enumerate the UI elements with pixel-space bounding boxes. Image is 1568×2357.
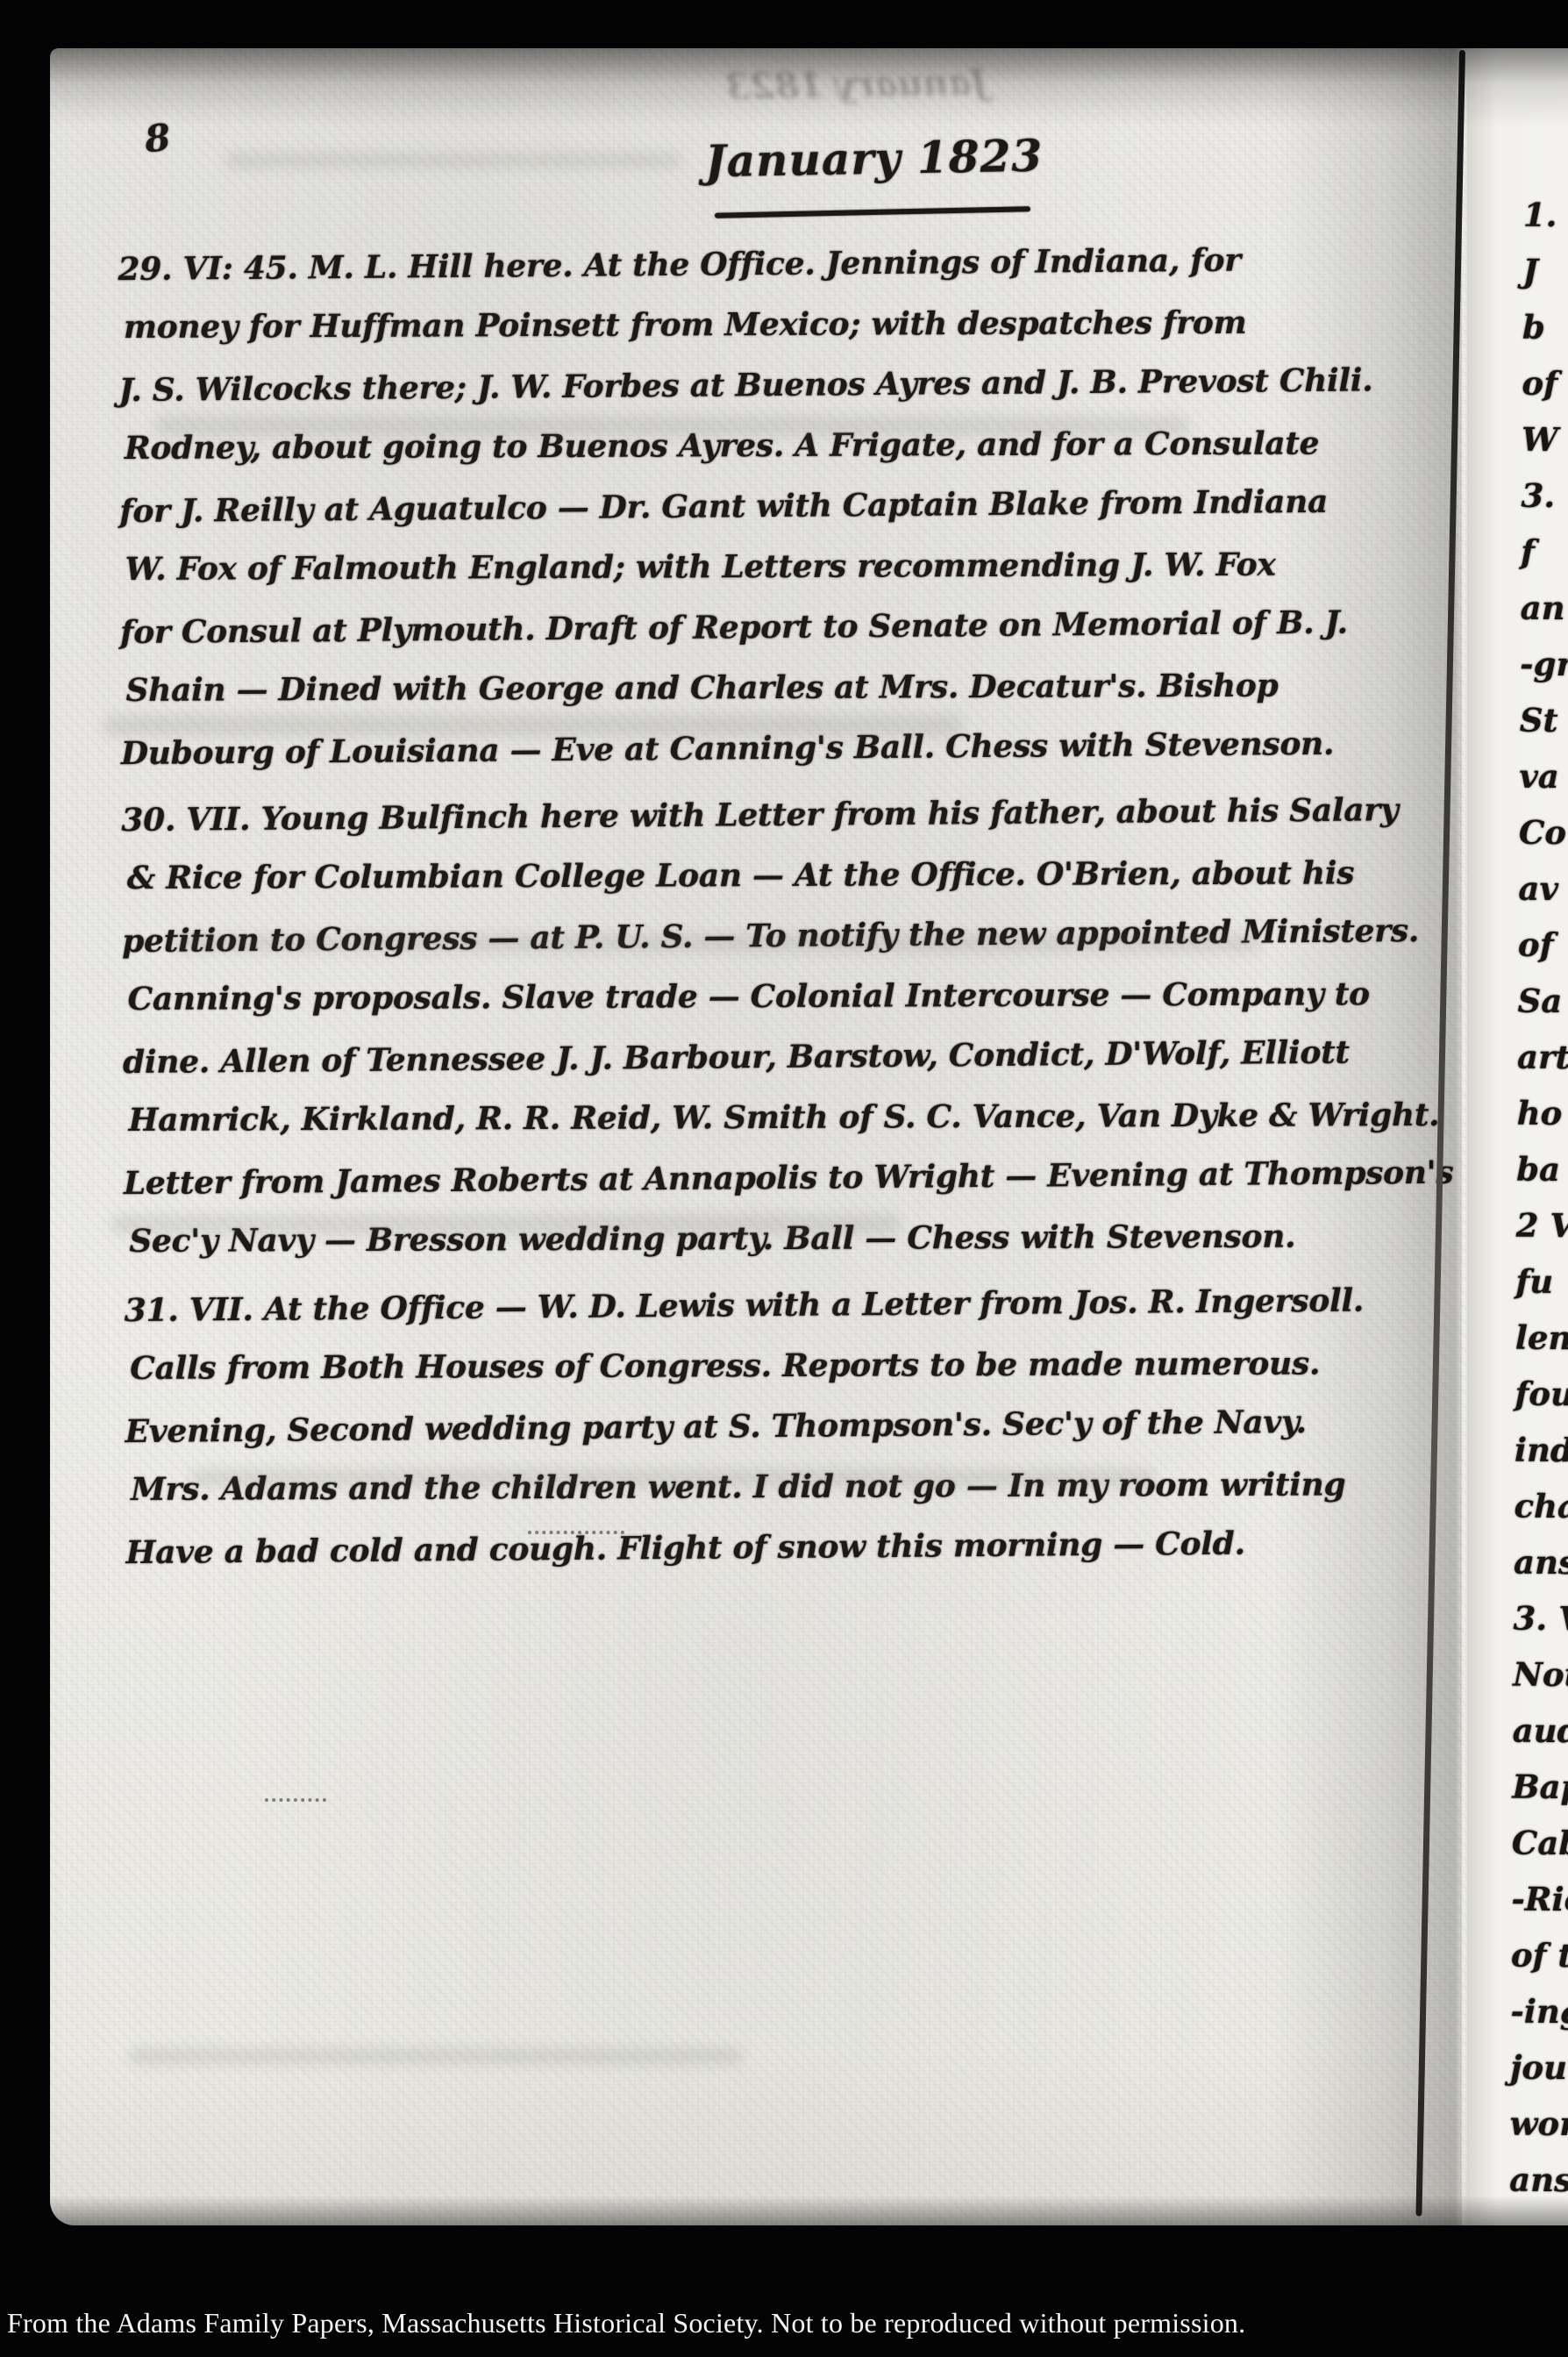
facing-page-fragment: ba: [1516, 1141, 1568, 1198]
scanned-manuscript-photo: January 1823 8 January 1823 29. VI: 45. …: [0, 0, 1568, 2357]
facing-page-fragment: 3. V: [1513, 1590, 1568, 1647]
facing-page-fragment: 1.: [1523, 187, 1568, 244]
ink-bleed-smudge: [129, 2048, 743, 2064]
facing-page-fragment: Sa: [1517, 973, 1568, 1030]
facing-page-fragment: Co: [1519, 804, 1568, 861]
diary-entry-jan-30: 30. VII. Young Bulfinch here with Letter…: [121, 781, 1430, 1273]
facing-page-fragment: va: [1519, 748, 1568, 805]
binding-shadow: [1273, 48, 1462, 2225]
ink-bleed-smudge: [111, 1215, 901, 1234]
facing-page-fragment: ind: [1515, 1422, 1568, 1479]
ink-bleed-smudge: [225, 154, 681, 168]
facing-page-text-fragments: 1.JbofW3.fan-grStvaCoavofSaarthoba2 Vful…: [1509, 187, 1568, 2209]
handwritten-line: & Rice for Columbian College Loan — At t…: [127, 843, 1434, 909]
facing-page-fragment: fou: [1515, 1366, 1568, 1423]
handwritten-line: money for Huffman Poinsett from Mexico; …: [124, 292, 1430, 358]
title-underline: [715, 206, 1030, 218]
facing-page-fragment: of th: [1511, 1927, 1568, 1984]
dotted-pen-mark: [528, 1531, 624, 1534]
handwritten-line: J. S. Wilcocks there; J. W. Forbes at Bu…: [118, 350, 1426, 421]
credit-line: From the Adams Family Papers, Massachuse…: [7, 2307, 1568, 2339]
facing-page-fragment: cha: [1514, 1478, 1568, 1535]
handwritten-line: Have a bad cold and cough. Flight of sno…: [125, 1512, 1433, 1583]
handwritten-line: for Consul at Plymouth. Draft of Report …: [120, 592, 1428, 663]
facing-page-fragment: of: [1522, 355, 1568, 412]
facing-page-fragment: art: [1517, 1029, 1568, 1086]
facing-page-fragment: -gr: [1520, 636, 1568, 693]
handwritten-line: 29. VI: 45. M. L. Hill here. At the Offi…: [118, 229, 1425, 300]
diary-entry-jan-29: 29. VI: 45. M. L. Hill here. At the Offi…: [118, 230, 1428, 782]
facing-page-fragment: f: [1521, 524, 1568, 581]
handwritten-line: Evening, Second wedding party at S. Thom…: [125, 1391, 1432, 1462]
facing-page-fragment: J: [1522, 243, 1568, 300]
handwritten-line: Letter from James Roberts at Annapolis t…: [124, 1143, 1431, 1214]
facing-page-fragment: Cabi: [1512, 1815, 1568, 1872]
scan-bottom-shadow: [50, 2196, 1568, 2225]
title-block: January 1823: [664, 132, 1085, 184]
scan-top-shadow: [50, 48, 1568, 127]
facing-page-edge: 1.JbofW3.fan-grStvaCoavofSaarthoba2 Vful…: [1467, 48, 1568, 2225]
ink-bleed-smudge: [190, 1469, 1155, 1487]
page-title: January 1823: [705, 130, 1044, 188]
handwritten-line: dine. Allen of Tennessee J. J. Barbour, …: [123, 1022, 1430, 1093]
facing-page-fragment: an: [1520, 580, 1568, 637]
handwritten-line: Canning's proposals. Slave trade — Colon…: [127, 964, 1434, 1030]
facing-page-fragment: 3.: [1521, 468, 1568, 525]
handwritten-line: Calls from Both Houses of Congress. Repo…: [130, 1333, 1436, 1399]
facing-page-fragment: ans: [1514, 1534, 1568, 1591]
dotted-pen-mark: [265, 1798, 326, 1802]
facing-page-fragment: -Ric: [1511, 1871, 1568, 1928]
handwritten-line: Hamrick, Kirkland, R. R. Reid, W. Smith …: [128, 1085, 1435, 1151]
facing-page-fragment: 2 V: [1516, 1197, 1568, 1254]
manuscript-page: January 1823 8 January 1823 29. VI: 45. …: [50, 48, 1568, 2225]
facing-page-fragment: of: [1518, 917, 1568, 974]
facing-page-fragment: b: [1522, 299, 1568, 356]
handwritten-line: for J. Reilly at Aguatulco — Dr. Gant wi…: [119, 471, 1427, 542]
facing-page-fragment: jour: [1510, 2039, 1568, 2096]
handwritten-line: W. Fox of Falmouth England; with Letters…: [125, 534, 1431, 600]
handwritten-line: 31. VII. At the Office — W. D. Lewis wit…: [125, 1270, 1432, 1341]
ink-bleed-smudge: [155, 417, 1190, 436]
facing-page-fragment: len: [1515, 1310, 1568, 1367]
facing-page-fragment: St: [1520, 692, 1568, 749]
facing-page-fragment: -ing: [1510, 1983, 1568, 2040]
diary-entry-jan-31: 31. VII. At the Office — W. D. Lewis wit…: [125, 1271, 1433, 1582]
facing-page-fragment: ho: [1516, 1085, 1568, 1142]
facing-page-fragment: work: [1509, 2096, 1568, 2153]
facing-page-fragment: fu: [1515, 1253, 1568, 1311]
facing-page-fragment: av: [1518, 861, 1568, 918]
facing-page-fragment: Bap: [1512, 1759, 1568, 1816]
ink-bleed-smudge: [173, 934, 1260, 952]
handwritten-line: Shain — Dined with George and Charles at…: [125, 655, 1432, 721]
handwritten-line: 30. VII. Young Bulfinch here with Letter…: [121, 780, 1429, 851]
ink-bleed-smudge: [103, 715, 962, 736]
facing-page-fragment: aud: [1513, 1703, 1568, 1760]
facing-page-fragment: Not: [1513, 1646, 1568, 1703]
handwritten-line: Mrs. Adams and the children went. I did …: [131, 1454, 1437, 1520]
facing-page-fragment: W: [1522, 411, 1568, 468]
